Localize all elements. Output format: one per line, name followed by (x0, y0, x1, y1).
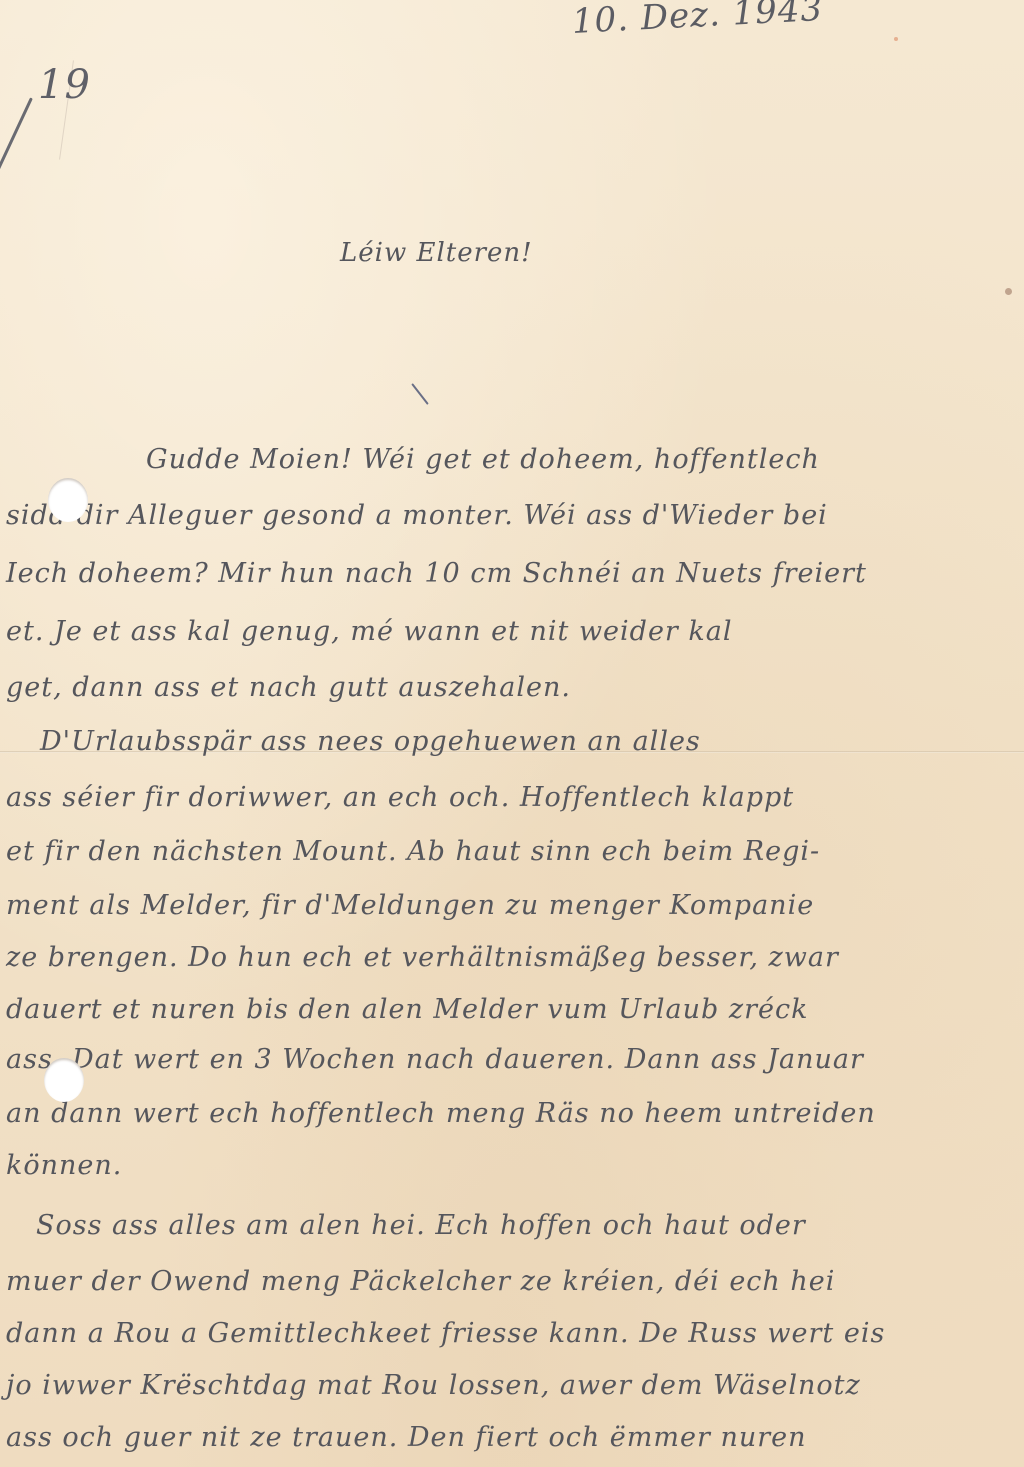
letter-line: können. (6, 1146, 122, 1186)
letter-line: ass. Dat wert en 3 Wochen nach daueren. … (6, 1040, 864, 1080)
letter-page: 10. Dez. 1943 19 Léiw Elteren! Gudde Moi… (0, 0, 1024, 1467)
ink-spot (1005, 288, 1012, 295)
letter-line: get, dann ass et nach gutt auszehalen. (6, 668, 571, 708)
punch-hole (44, 1058, 84, 1102)
letter-line: ass séier fir doriwwer, an ech och. Hoff… (6, 778, 794, 818)
letter-line: ass och guer nit ze trauen. Den fiert oc… (6, 1418, 807, 1458)
page-number: 19 (38, 62, 91, 108)
letter-line: Iech doheem? Mir hun nach 10 cm Schnéi a… (6, 554, 867, 594)
salutation: Léiw Elteren! (340, 238, 533, 268)
letter-line: muer der Owend meng Päckelcher ze kréien… (6, 1262, 835, 1302)
letter-line: ment als Melder, fir d'Meldungen zu meng… (6, 886, 814, 926)
letter-line: sidd dir Alleguer gesond a monter. Wéi a… (6, 496, 828, 536)
rust-spot (894, 37, 898, 41)
letter-date: 10. Dez. 1943 (571, 0, 824, 42)
letter-line: Soss ass alles am alen hei. Ech hoffen o… (36, 1206, 806, 1246)
letter-line: an dann wert ech hoffentlech meng Räs no… (6, 1094, 876, 1134)
punch-hole (48, 478, 88, 522)
letter-line: dann a Rou a Gemittlechkeet friesse kann… (6, 1314, 885, 1354)
stray-pen-mark (411, 383, 429, 405)
letter-line: et. Je et ass kal genug, mé wann et nit … (6, 612, 733, 652)
letter-line: et fir den nächsten Mount. Ab haut sinn … (6, 832, 820, 872)
letter-line: ze brengen. Do hun ech et verhältnismäße… (6, 938, 839, 978)
page-number-slash (0, 97, 33, 193)
letter-line: dauert et nuren bis den alen Melder vum … (6, 990, 809, 1030)
letter-line: D'Urlaubsspär ass nees opgehuewen an all… (40, 722, 701, 762)
letter-line: Gudde Moien! Wéi get et doheem, hoffentl… (146, 440, 820, 480)
letter-line: jo iwwer Krëschtdag mat Rou lossen, awer… (6, 1366, 861, 1406)
